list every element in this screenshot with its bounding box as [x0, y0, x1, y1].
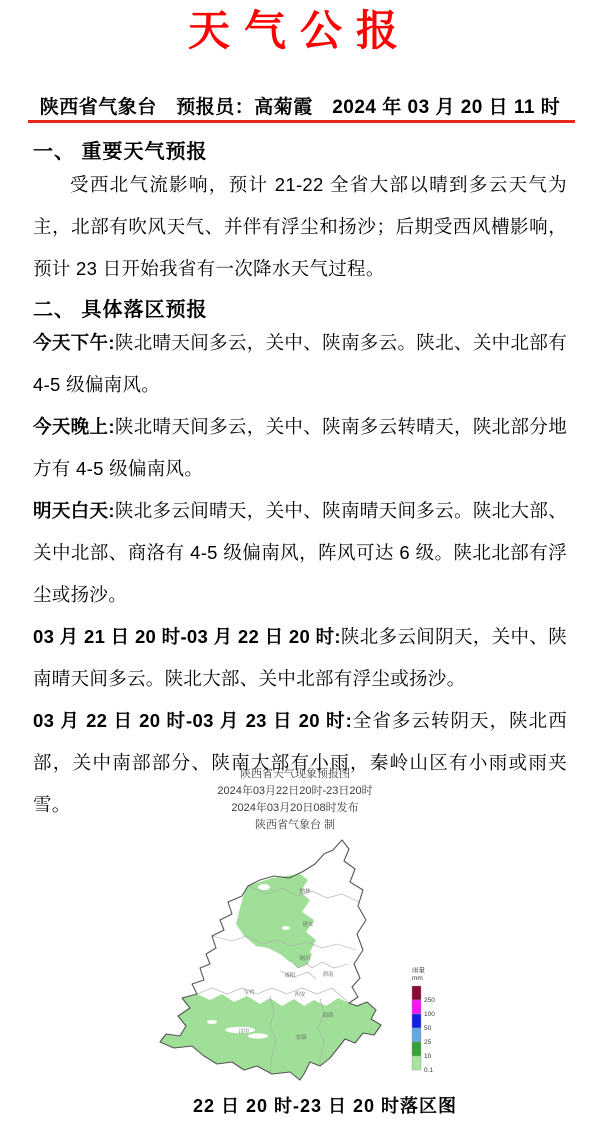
legend-swatch — [412, 1056, 421, 1070]
city-label: 宝鸡 — [243, 988, 255, 996]
city-label: 渭南 — [322, 970, 334, 978]
forecast-item-label: 今天晚上: — [33, 416, 115, 437]
forecast-item-label: 03 月 21 日 20 时-03 月 22 日 20 时: — [33, 626, 341, 647]
legend-label: 10 — [424, 1053, 432, 1060]
header-divider — [28, 120, 575, 123]
legend-unit: mm — [412, 975, 423, 982]
legend-label: 50 — [424, 1025, 432, 1032]
forecast-map: 榆林 延安 铜川 咸阳 渭南 宝鸡 西安 商洛 汉中 安康 雨量 mm — [152, 836, 452, 1088]
city-label: 榆林 — [299, 887, 311, 895]
section2-heading: 二、 具体落区预报 — [33, 293, 567, 322]
weather-bulletin-page: 天气公报 陕西省气象台 预报员：高菊霞 2024 年 03 月 20 日 11 … — [0, 0, 600, 1126]
forecast-item-21to22: 03 月 21 日 20 时-03 月 22 日 20 时:陕北多云间阴天，关中… — [33, 616, 567, 700]
map-caption-block: 陕西省天气现象预报图 2024年03月22日20时-23日20时 2024年03… — [0, 766, 590, 834]
legend-title: 雨量 — [412, 965, 426, 974]
precip-legend: 雨量 mm 250 100 50 25 10 0.1 — [412, 965, 435, 1074]
map-caption-line: 陕西省天气现象预报图 — [0, 766, 590, 783]
legend-swatch — [412, 1000, 421, 1014]
map-caption-line: 陕西省气象台 制 — [0, 817, 590, 834]
dry-gap — [207, 1020, 217, 1024]
map-caption-line: 2024年03月20日08时发布 — [0, 800, 590, 817]
section1-paragraph: 受西北气流影响，预计 21-22 全省大部以晴到多云天气为主，北部有吹风天气、并… — [33, 164, 567, 290]
map-footer-caption: 22 日 20 时-23 日 20 时落区图 — [50, 1092, 600, 1118]
legend-label: 250 — [424, 997, 435, 1004]
dry-gap — [248, 1033, 268, 1038]
city-label: 西安 — [294, 990, 306, 998]
dry-gap — [282, 926, 290, 930]
city-label: 商洛 — [322, 1011, 334, 1019]
issuer-line: 陕西省气象台 预报员：高菊霞 2024 年 03 月 20 日 11 时 — [0, 92, 600, 119]
map-caption-line: 2024年03月22日20时-23日20时 — [0, 783, 590, 800]
legend-swatch — [412, 1028, 421, 1042]
legend-label: 25 — [424, 1039, 432, 1046]
forecast-item-label: 明天白天: — [33, 500, 115, 521]
section1-heading: 一、 重要天气预报 — [33, 135, 567, 164]
forecast-item-tomorrow: 明天白天:陕北多云间晴天，关中、陕南晴天间多云。陕北大部、关中北部、商洛有 4-… — [33, 490, 567, 616]
city-label: 铜川 — [299, 954, 310, 962]
legend-label: 100 — [424, 1011, 435, 1018]
legend-swatch — [412, 1014, 421, 1028]
legend-swatch — [412, 1042, 421, 1056]
city-label: 咸阳 — [284, 971, 296, 979]
forecast-item-afternoon: 今天下午:陕北晴天间多云，关中、陕南多云。陕北、关中北部有 4-5 级偏南风。 — [33, 322, 567, 406]
shaanxi-map-svg: 榆林 延安 铜川 咸阳 渭南 宝鸡 西安 商洛 汉中 安康 雨量 mm — [152, 836, 452, 1088]
forecast-item-tonight: 今天晚上:陕北晴天间多云，关中、陕南多云转晴天，陕北部分地方有 4-5 级偏南风… — [33, 406, 567, 490]
forecast-item-label: 03 月 22 日 20 时-03 月 23 日 20 时: — [33, 710, 352, 731]
city-label: 安康 — [295, 1033, 307, 1041]
legend-swatch — [412, 986, 421, 1000]
city-label: 汉中 — [238, 1027, 250, 1035]
page-title: 天气公报 — [0, 0, 600, 62]
legend-label: 0.1 — [424, 1067, 433, 1074]
forecast-item-label: 今天下午: — [33, 332, 115, 353]
city-label: 延安 — [302, 920, 314, 928]
dry-gap — [258, 884, 270, 890]
